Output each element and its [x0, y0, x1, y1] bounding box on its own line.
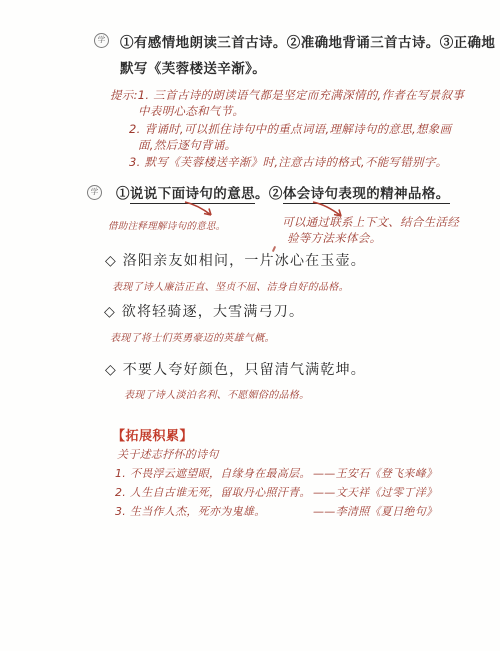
expansion-header: 【拓展积累】	[112, 425, 193, 444]
objectives-line-2: 默写《芙蓉楼送辛渐》。	[120, 57, 266, 77]
poem-text-2: 欲将轻骑逐，大雪满弓刀。	[122, 305, 304, 320]
poem-text-1: 洛阳亲友如相问，一片冰心在玉壶。	[123, 254, 366, 269]
task-heading: ①说说下面诗句的意思。②体会诗句表现的精神品格。	[116, 182, 450, 202]
hint-line-4: 面,然后逐句背诵。	[138, 137, 236, 153]
task-number-2: ②	[269, 186, 283, 201]
task-number-1: ①	[116, 186, 130, 201]
method-note-left: 借助注释理解诗句的意思。	[108, 218, 226, 232]
poem-line-3: ◇不要人夸好颜色，只留清气满乾坤。	[105, 359, 366, 379]
annotation-arrow-left-icon	[183, 200, 217, 220]
objectives-line-1: ①有感情地朗读三首古诗。②准确地背诵三首古诗。③正确地	[120, 31, 495, 51]
expansion-item-2-text: 2. 人生自古谁无死，留取丹心照汗青。	[115, 486, 311, 499]
scanned-workbook-page: 学 ①有感情地朗读三首古诗。②准确地背诵三首古诗。③正确地 默写《芙蓉楼送辛渐》…	[0, 0, 500, 651]
expansion-item-1-source: ——王安石《登飞来峰》	[313, 465, 437, 481]
expansion-item-2-source: ——文天祥《过零丁洋》	[313, 484, 437, 500]
task-punct-1: 。	[255, 186, 269, 201]
poem-annotation-2: 表现了将士们英勇豪迈的英雄气概。	[110, 329, 275, 344]
expansion-item-1-text: 1. 不畏浮云遮望眼，自缘身在最高层。	[115, 467, 311, 480]
task-underlined-2: 体会诗句表现的精神品格。	[283, 186, 450, 204]
hint-line-2: 中表明心态和气节。	[138, 103, 244, 119]
expansion-item-2: 2. 人生自古谁无死，留取丹心照汗青。 ——文天祥《过零丁洋》	[115, 484, 311, 500]
poem-line-1: ◇洛阳亲友如相问，一片冰心在玉壶。	[105, 250, 366, 270]
expansion-item-1: 1. 不畏浮云遮望眼，自缘身在最高层。 ——王安石《登飞来峰》	[115, 465, 311, 481]
method-note-right-line-2: 验等方法来体会。	[287, 230, 381, 246]
poem-text-3: 不要人夸好颜色，只留清气满乾坤。	[123, 363, 366, 378]
diamond-bullet-icon: ◇	[104, 305, 115, 320]
diamond-bullet-icon: ◇	[105, 363, 116, 378]
poem-annotation-3: 表现了诗人淡泊名利、不愿媚俗的品格。	[124, 386, 309, 401]
expansion-item-3-text: 3. 生当作人杰，死亦为鬼雄。	[115, 505, 266, 518]
objective-badge-icon: 学	[94, 33, 109, 48]
method-note-right-line-1: 可以通过联系上下文、结合生活经	[282, 214, 459, 230]
poem-annotation-1: 表现了诗人廉洁正直、坚贞不屈、洁身自好的品格。	[112, 278, 349, 293]
hint-line-1: 提示:1. 三首古诗的朗读语气都是坚定而充满深情的,作者在写景叙事	[110, 87, 464, 103]
poem-line-2: ◇欲将轻骑逐，大雪满弓刀。	[104, 301, 304, 321]
expansion-item-3-source: ——李清照《夏日绝句》	[313, 503, 437, 519]
diamond-bullet-icon: ◇	[105, 254, 116, 269]
hint-line-3: 2. 背诵时,可以抓住诗句中的重点词语,理解诗句的意思,想象画	[129, 121, 451, 137]
expansion-subtitle: 关于述志抒怀的诗句	[117, 446, 219, 462]
task-badge-icon: 学	[87, 185, 102, 200]
hint-line-5: 3. 默写《芙蓉楼送辛渐》时,注意古诗的格式,不能写错别字。	[129, 154, 447, 170]
expansion-item-3: 3. 生当作人杰，死亦为鬼雄。 ——李清照《夏日绝句》	[115, 503, 266, 519]
